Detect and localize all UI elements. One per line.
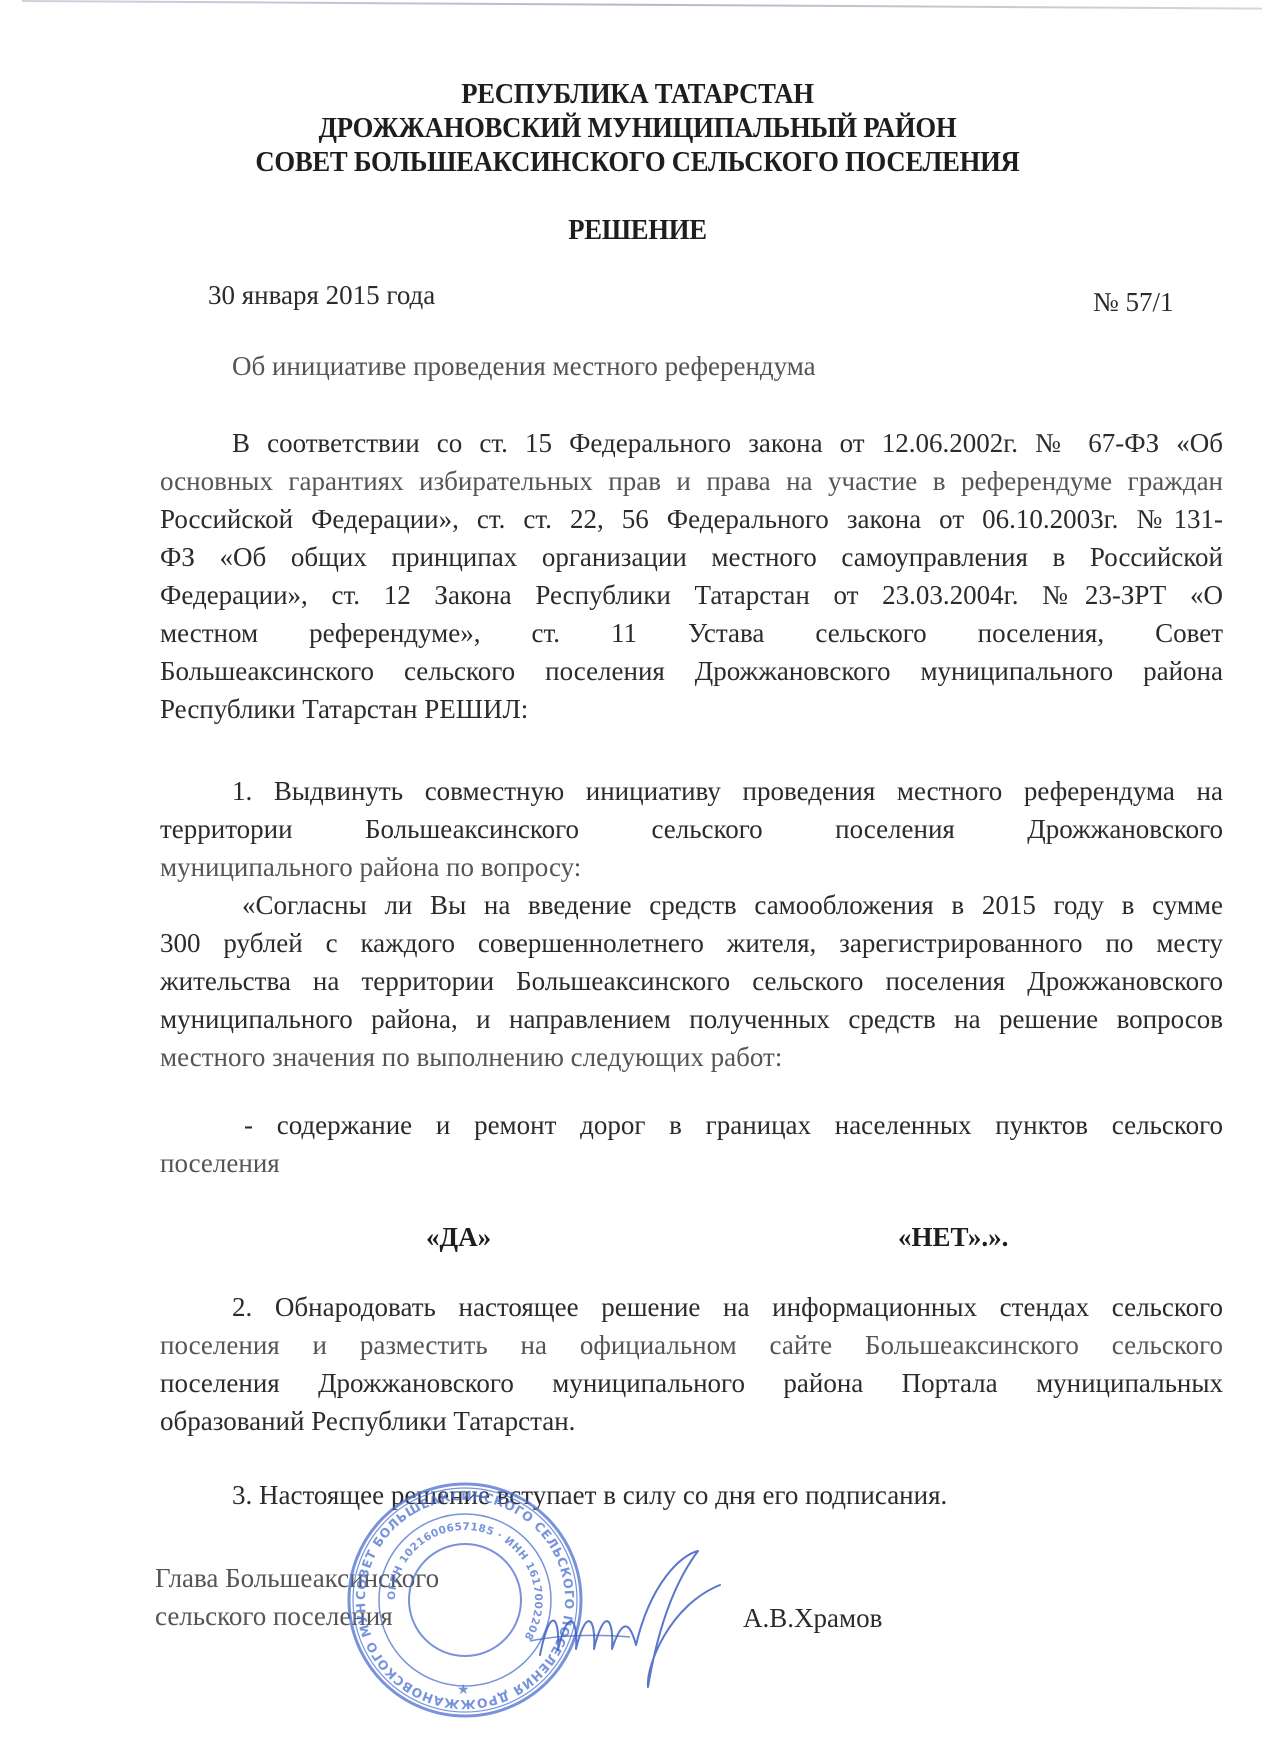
item-3: 3. Настоящее решение вступает в силу со … <box>232 1480 947 1511</box>
preamble-line-last: Республики Татарстан РЕШИЛ: <box>160 694 528 725</box>
item-2-line: 2. Обнародовать настоящее решение на инф… <box>232 1292 1223 1323</box>
question-line: муниципального района, и направлением по… <box>160 1004 1223 1035</box>
preamble-line: основных гарантиях избирательных прав и … <box>160 466 1223 497</box>
preamble-line: Российской Федерации», ст. ст. 22, 56 Фе… <box>160 504 1223 535</box>
works-line: - содержание и ремонт дорог в границах н… <box>244 1110 1223 1141</box>
question-line: жительства на территории Большеаксинског… <box>160 966 1223 997</box>
preamble-line: Большеаксинского сельского поселения Дро… <box>160 656 1223 687</box>
item-1-line: 1. Выдвинуть совместную инициативу прове… <box>232 776 1223 807</box>
header-district: ДРОЖЖАНОВСКИЙ МУНИЦИПАЛЬНЫЙ РАЙОН <box>51 112 1224 145</box>
document-type-title: РЕШЕНИЕ <box>51 214 1224 247</box>
answer-no: «НЕТ».». <box>898 1222 1008 1253</box>
item-2-line-last: образований Республики Татарстан. <box>160 1406 575 1437</box>
item-1-line-last: муниципального района по вопросу: <box>160 852 581 883</box>
question-line-last: местного значения по выполнению следующи… <box>160 1042 782 1073</box>
preamble-line: В соответствии со ст. 15 Федерального за… <box>232 428 1223 459</box>
item-2-line: поселения Дрожжановского муниципального … <box>160 1368 1223 1399</box>
preamble-line: местном референдуме», ст. 11 Устава сель… <box>160 618 1223 649</box>
header-council: СОВЕТ БОЛЬШЕАКСИНСКОГО СЕЛЬСКОГО ПОСЕЛЕН… <box>51 146 1224 179</box>
question-line: «Согласны ли Вы на введение средств само… <box>242 890 1223 921</box>
question-line: 300 рублей с каждого совершеннолетнего ж… <box>160 928 1223 959</box>
preamble-line: ФЗ «Об общих принципах организации местн… <box>160 542 1223 573</box>
document-page: РЕСПУБЛИКА ТАТАРСТАН ДРОЖЖАНОВСКИЙ МУНИЦ… <box>0 0 1275 1755</box>
document-subject: Об инициативе проведения местного рефере… <box>232 351 816 382</box>
document-date: 30 января 2015 года <box>208 280 435 311</box>
signer-name: А.В.Храмов <box>743 1603 882 1634</box>
works-line-last: поселения <box>160 1148 280 1179</box>
scan-edge-line <box>22 0 1262 10</box>
item-2-line: поселения и разместить на официальном са… <box>160 1330 1223 1361</box>
preamble-line: Федерации», ст. 12 Закона Республики Тат… <box>160 580 1223 611</box>
stamp-star-icon: ★ <box>457 1682 470 1698</box>
handwritten-signature <box>520 1545 730 1695</box>
item-1-line: территории Большеаксинского сельского по… <box>160 814 1223 845</box>
answer-yes: «ДА» <box>426 1222 491 1253</box>
document-number: № 57/1 <box>1093 287 1174 318</box>
header-republic: РЕСПУБЛИКА ТАТАРСТАН <box>51 78 1224 111</box>
